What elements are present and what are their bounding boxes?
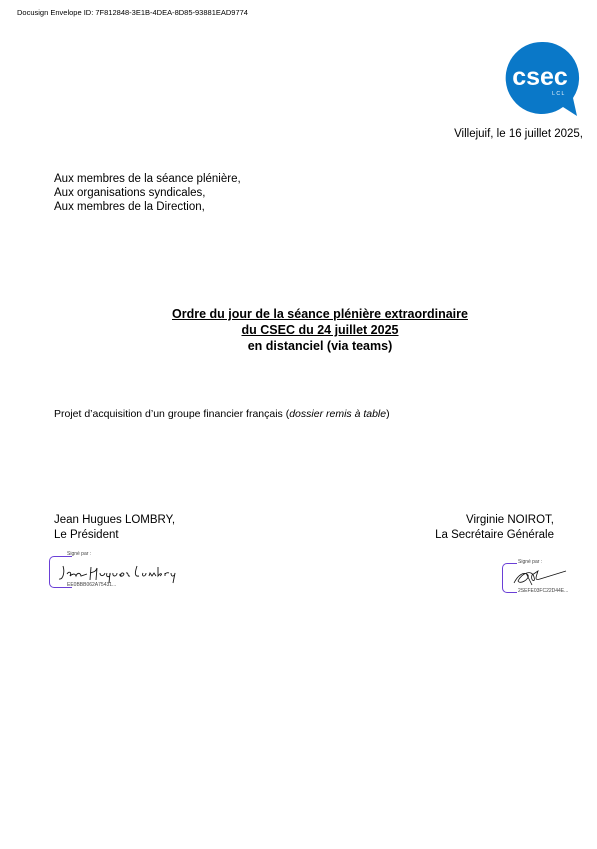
signed-by-label: Signé par : [518, 559, 542, 565]
president-name: Jean Hugues LOMBRY, [54, 513, 175, 528]
signature-id: 2SEFE03FC22D44E... [518, 588, 568, 594]
agenda-title: Ordre du jour de la séance plénière extr… [0, 306, 597, 354]
president-role: Le Président [54, 528, 175, 543]
date-line: Villejuif, le 16 juillet 2025, [454, 128, 583, 140]
signatory-right: Virginie NOIROT, La Secrétaire Générale [435, 513, 554, 543]
title-line-2: du CSEC du 24 juillet 2025 [242, 323, 399, 337]
signature-virginie-icon [510, 567, 570, 587]
signature-box-left: Signé par : EE0BBB062A75431... [49, 551, 179, 591]
signature-id: EE0BBB062A75431... [67, 582, 116, 588]
logo-subtext: LCL [552, 91, 566, 97]
agenda-note: dossier remis à table [289, 408, 386, 420]
signature-jean-hugues-icon [57, 562, 177, 584]
signature-box-right: Signé par : 2SEFE03FC22D44E... [502, 559, 582, 595]
signed-by-label: Signé par : [67, 551, 91, 557]
recipient-line: Aux membres de la séance plénière, [54, 172, 241, 186]
recipient-line: Aux membres de la Direction, [54, 200, 241, 214]
recipient-line: Aux organisations syndicales, [54, 186, 241, 200]
secretary-name: Virginie NOIROT, [435, 513, 554, 528]
agenda-item: Projet d’acquisition d’un groupe financi… [54, 408, 390, 420]
csec-logo: csec LCL [503, 40, 581, 118]
signatory-left: Jean Hugues LOMBRY, Le Président [54, 513, 175, 543]
title-line-1: Ordre du jour de la séance plénière extr… [172, 307, 468, 321]
secretary-role: La Secrétaire Générale [435, 528, 554, 543]
logo-text: csec [512, 63, 568, 91]
docusign-envelope-id: Docusign Envelope ID: 7F812848-3E1B-4DEA… [17, 8, 248, 17]
title-line-3: en distanciel (via teams) [248, 339, 393, 353]
recipients-block: Aux membres de la séance plénière, Aux o… [54, 172, 241, 214]
